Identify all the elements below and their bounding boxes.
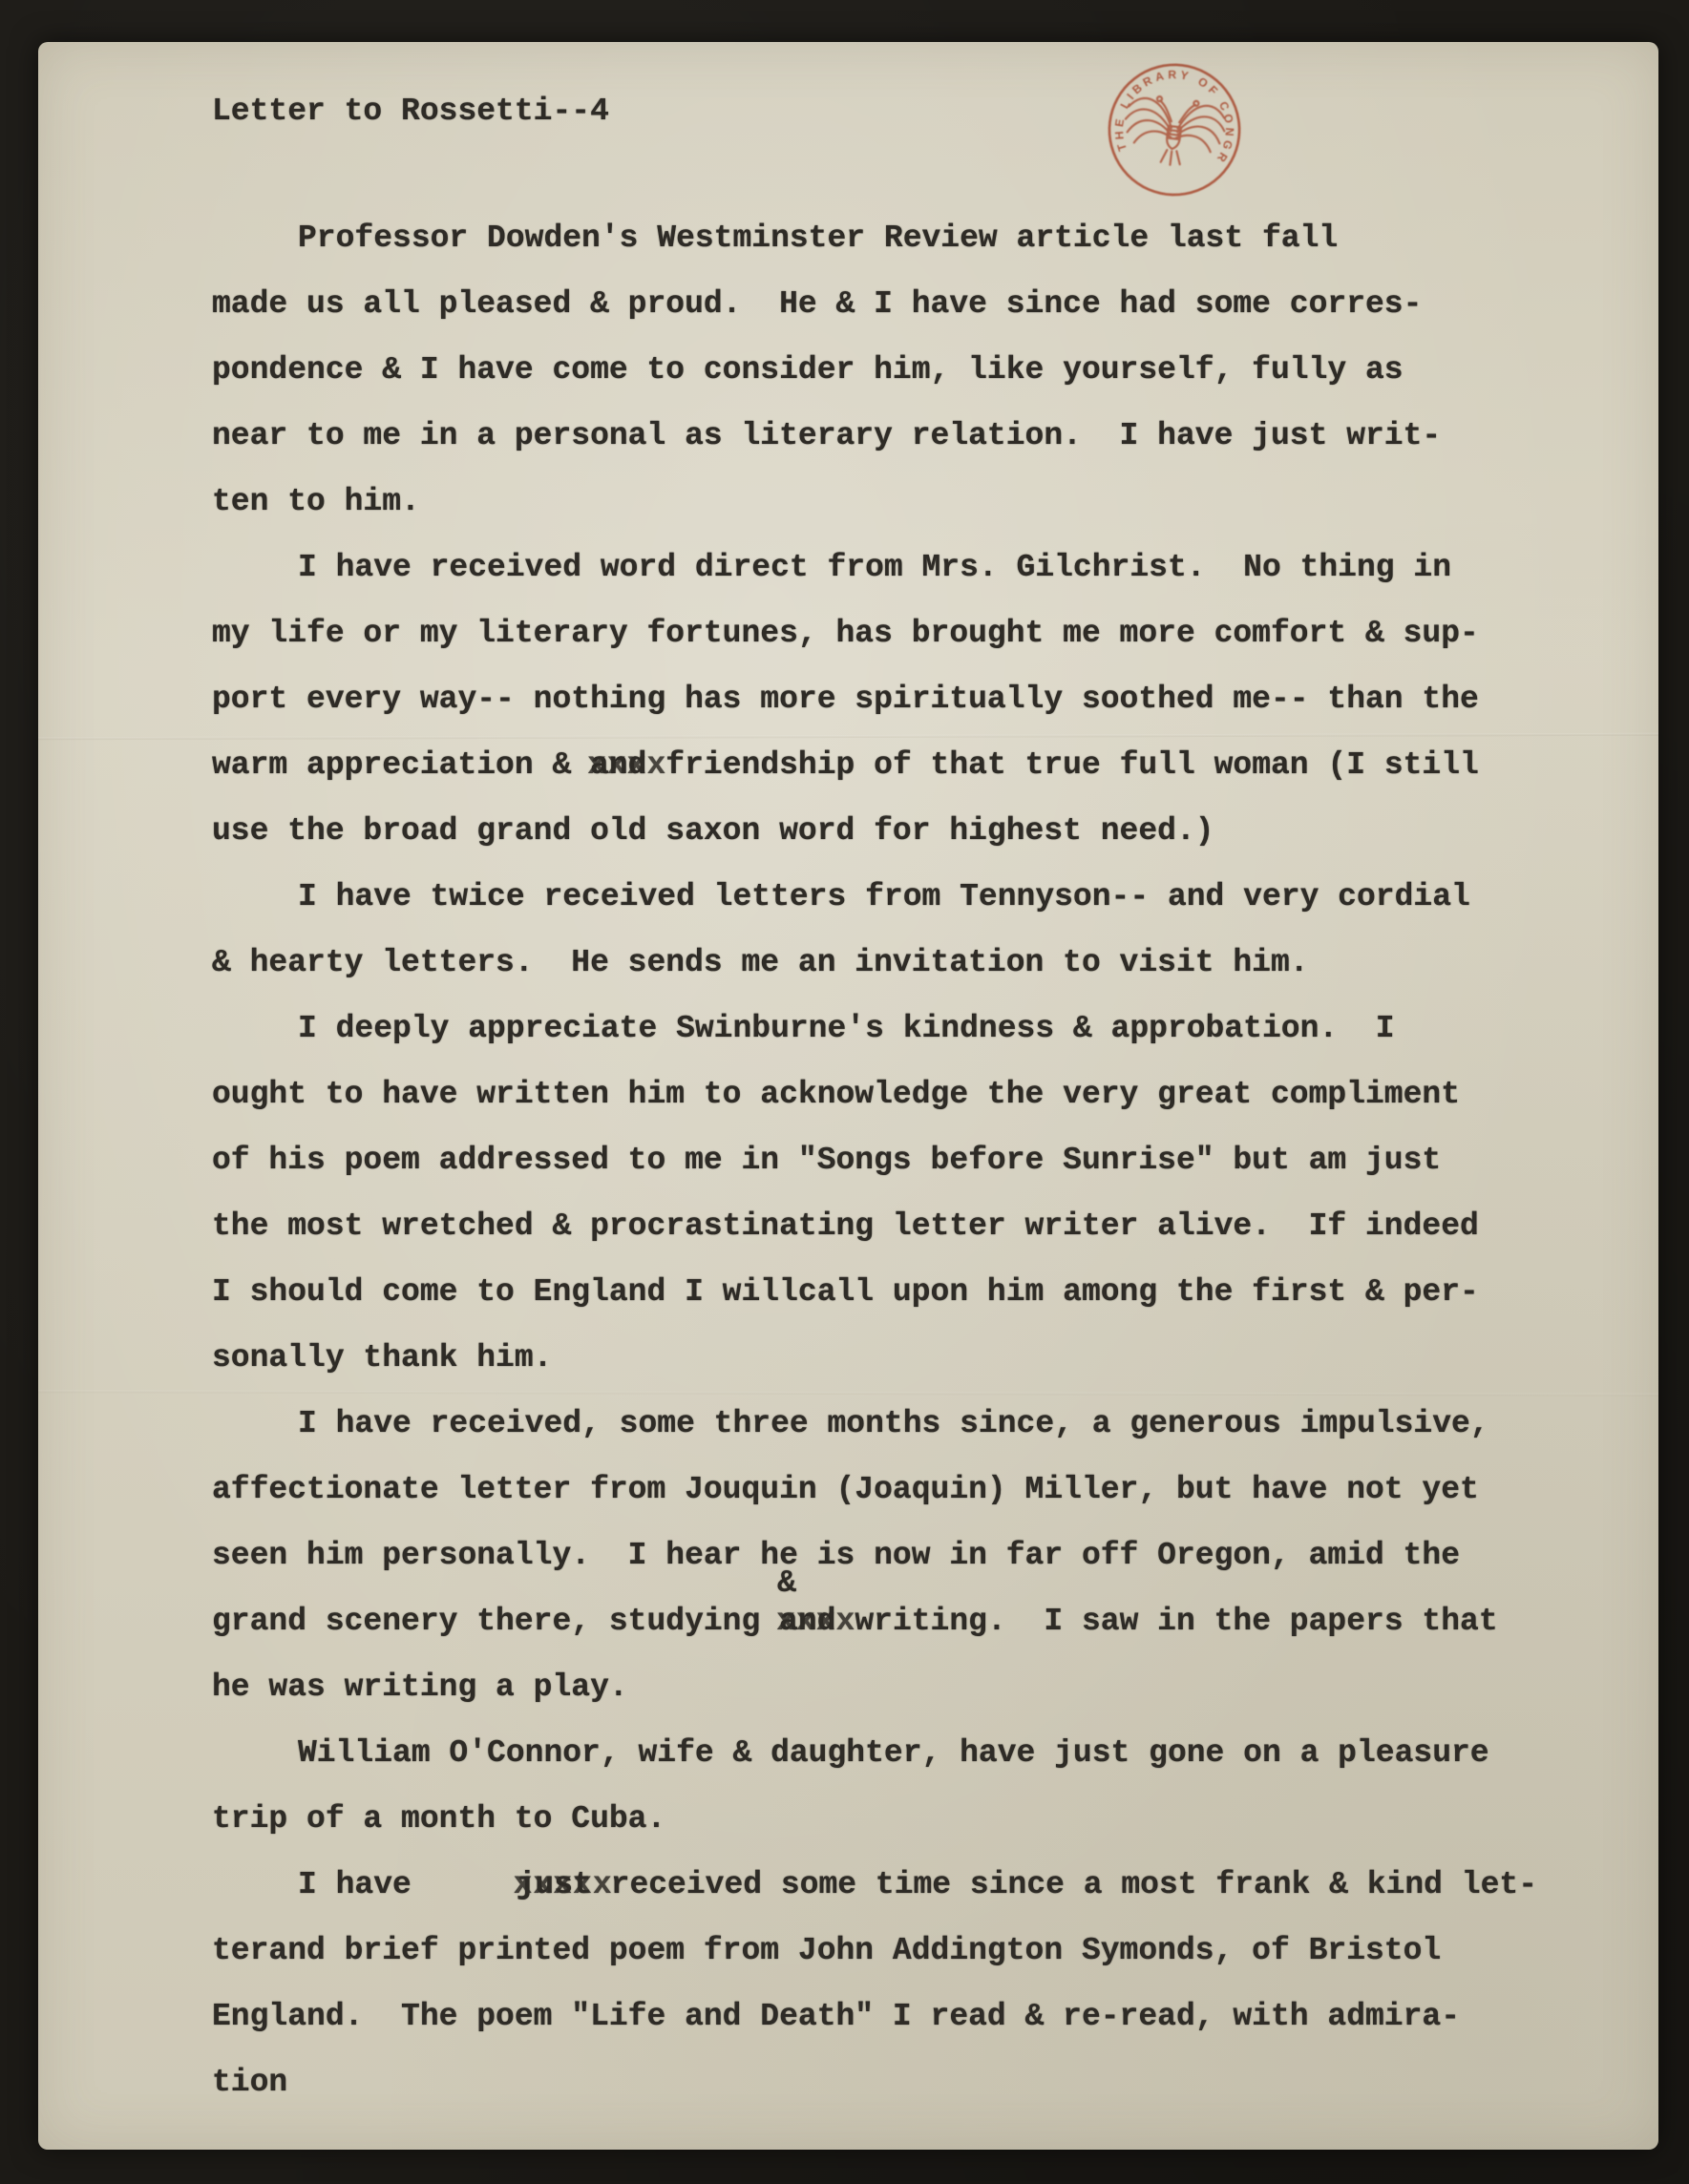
letter-line: pondence & I have come to consider him, … <box>212 337 1606 403</box>
text-segment: trip of a month to Cuba. <box>212 1801 665 1837</box>
letter-line: & hearty letters. He sends me an invitat… <box>212 930 1606 996</box>
text-segment: made us all pleased & proud. He & I have… <box>212 286 1422 322</box>
text-segment: use the broad grand old saxon word for h… <box>212 813 1214 849</box>
text-segment: I deeply appreciate Swinburne's kindness… <box>298 1011 1395 1046</box>
paragraph: I have twice received letters from Tenny… <box>212 864 1606 996</box>
text-segment: I have received word direct from Mrs. Gi… <box>298 550 1451 585</box>
letter-line: England. The poem "Life and Death" I rea… <box>212 1984 1606 2049</box>
text-segment: grand scenery there, studying <box>212 1604 779 1639</box>
text-segment: received some time since a most frank & … <box>592 1867 1537 1902</box>
letter-line: I have justxxxxx received some time sinc… <box>212 1852 1606 1918</box>
paragraph: I deeply appreciate Swinburne's kindness… <box>212 996 1606 1391</box>
letter-line: trip of a month to Cuba. <box>212 1786 1606 1852</box>
text-segment: tion <box>212 2065 287 2100</box>
letter-line: ten to him. <box>212 469 1606 535</box>
letter-line: sonally thank him. <box>212 1325 1606 1391</box>
paragraph: I have received, some three months since… <box>212 1391 1606 1720</box>
text-segment: warm appreciation & <box>212 747 590 783</box>
text-segment: near to me in a personal as literary rel… <box>212 418 1441 453</box>
letter-line: the most wretched & procrastinating lett… <box>212 1193 1606 1259</box>
letter-line: warm appreciation & andxxxx friendship o… <box>212 732 1606 798</box>
text-segment: ten to him. <box>212 484 420 519</box>
letter-line: I deeply appreciate Swinburne's kindness… <box>212 996 1606 1061</box>
letter-body: Professor Dowden's Westminster Review ar… <box>212 205 1606 2115</box>
text-segment: ought to have written him to acknowledge… <box>212 1077 1460 1112</box>
letter-page: THE LIBRARY OF CONGRESS Letter to Rosset… <box>38 42 1658 2150</box>
letter-line: near to me in a personal as literary rel… <box>212 403 1606 469</box>
text-segment: friendship of that true full woman (I st… <box>647 747 1479 783</box>
letter-line: I should come to England I willcall upon… <box>212 1259 1606 1325</box>
text-segment: terand brief printed poem from John Addi… <box>212 1933 1441 1968</box>
letter-line: I have twice received letters from Tenny… <box>212 864 1606 930</box>
paragraph: Professor Dowden's Westminster Review ar… <box>212 205 1606 535</box>
letter-line: I have received word direct from Mrs. Gi… <box>212 535 1606 600</box>
letter-line: ought to have written him to acknowledge… <box>212 1061 1606 1127</box>
letter-line: of his poem addressed to me in "Songs be… <box>212 1127 1606 1193</box>
text-segment: affectionate letter from Jouquin (Joaqui… <box>212 1472 1479 1507</box>
letter-line: Professor Dowden's Westminster Review ar… <box>212 205 1606 271</box>
text-segment: Professor Dowden's Westminster Review ar… <box>298 220 1338 256</box>
letter-line: he was writing a play. <box>212 1654 1606 1720</box>
letter-line: my life or my literary fortunes, has bro… <box>212 600 1606 666</box>
text-segment: of his poem addressed to me in "Songs be… <box>212 1143 1441 1178</box>
letter-line: William O'Connor, wife & daughter, have … <box>212 1720 1606 1786</box>
struck-word: justxxxxx <box>431 1852 592 1918</box>
text-segment: the most wretched & procrastinating lett… <box>212 1208 1479 1244</box>
inserted-ampersand: & <box>777 1550 796 1616</box>
text-segment: I should come to England I willcall upon… <box>212 1274 1479 1310</box>
letter-heading: Letter to Rossetti--4 <box>212 78 1606 144</box>
letter-line: seen him personally. I hear he is now in… <box>212 1522 1606 1588</box>
letter-line: I have received, some three months since… <box>212 1391 1606 1457</box>
text-segment: my life or my literary fortunes, has bro… <box>212 616 1479 651</box>
text-segment: port every way-- nothing has more spirit… <box>212 682 1479 717</box>
letter-content: Letter to Rossetti--4 Professor Dowden's… <box>212 78 1606 2115</box>
letter-line: use the broad grand old saxon word for h… <box>212 798 1606 864</box>
text-segment: seen him personally. I hear he is now in… <box>212 1538 1460 1573</box>
text-segment: I have received, some three months since… <box>298 1406 1489 1441</box>
letter-line: port every way-- nothing has more spirit… <box>212 666 1606 732</box>
paragraph: I have received word direct from Mrs. Gi… <box>212 535 1606 864</box>
letter-line: terand brief printed poem from John Addi… <box>212 1918 1606 1984</box>
text-segment: & hearty letters. He sends me an invitat… <box>212 945 1309 980</box>
text-segment: England. The poem "Life and Death" I rea… <box>212 1999 1460 2034</box>
paragraph: I have justxxxxx received some time sinc… <box>212 1852 1606 2115</box>
struck-word: andxxxx& <box>779 1588 835 1654</box>
text-segment: writing. I saw in the papers that <box>836 1604 1498 1639</box>
paragraph: William O'Connor, wife & daughter, have … <box>212 1720 1606 1852</box>
strikeout-overlay: xxxxx <box>428 1852 613 1918</box>
text-segment: I have twice received letters from Tenny… <box>298 879 1470 914</box>
text-segment: William O'Connor, wife & daughter, have … <box>298 1735 1489 1771</box>
letter-line: grand scenery there, studying andxxxx& w… <box>212 1588 1606 1654</box>
letter-line: tion <box>212 2049 1606 2115</box>
strikeout-overlay: xxxx <box>587 732 666 798</box>
text-segment: pondence & I have come to consider him, … <box>212 352 1404 388</box>
text-segment: he was writing a play. <box>212 1669 628 1705</box>
text-segment: sonally thank him. <box>212 1340 552 1375</box>
struck-word: andxxxx <box>590 732 646 798</box>
letter-line: affectionate letter from Jouquin (Joaqui… <box>212 1457 1606 1522</box>
letter-line: made us all pleased & proud. He & I have… <box>212 271 1606 337</box>
text-segment: I have <box>298 1867 431 1902</box>
